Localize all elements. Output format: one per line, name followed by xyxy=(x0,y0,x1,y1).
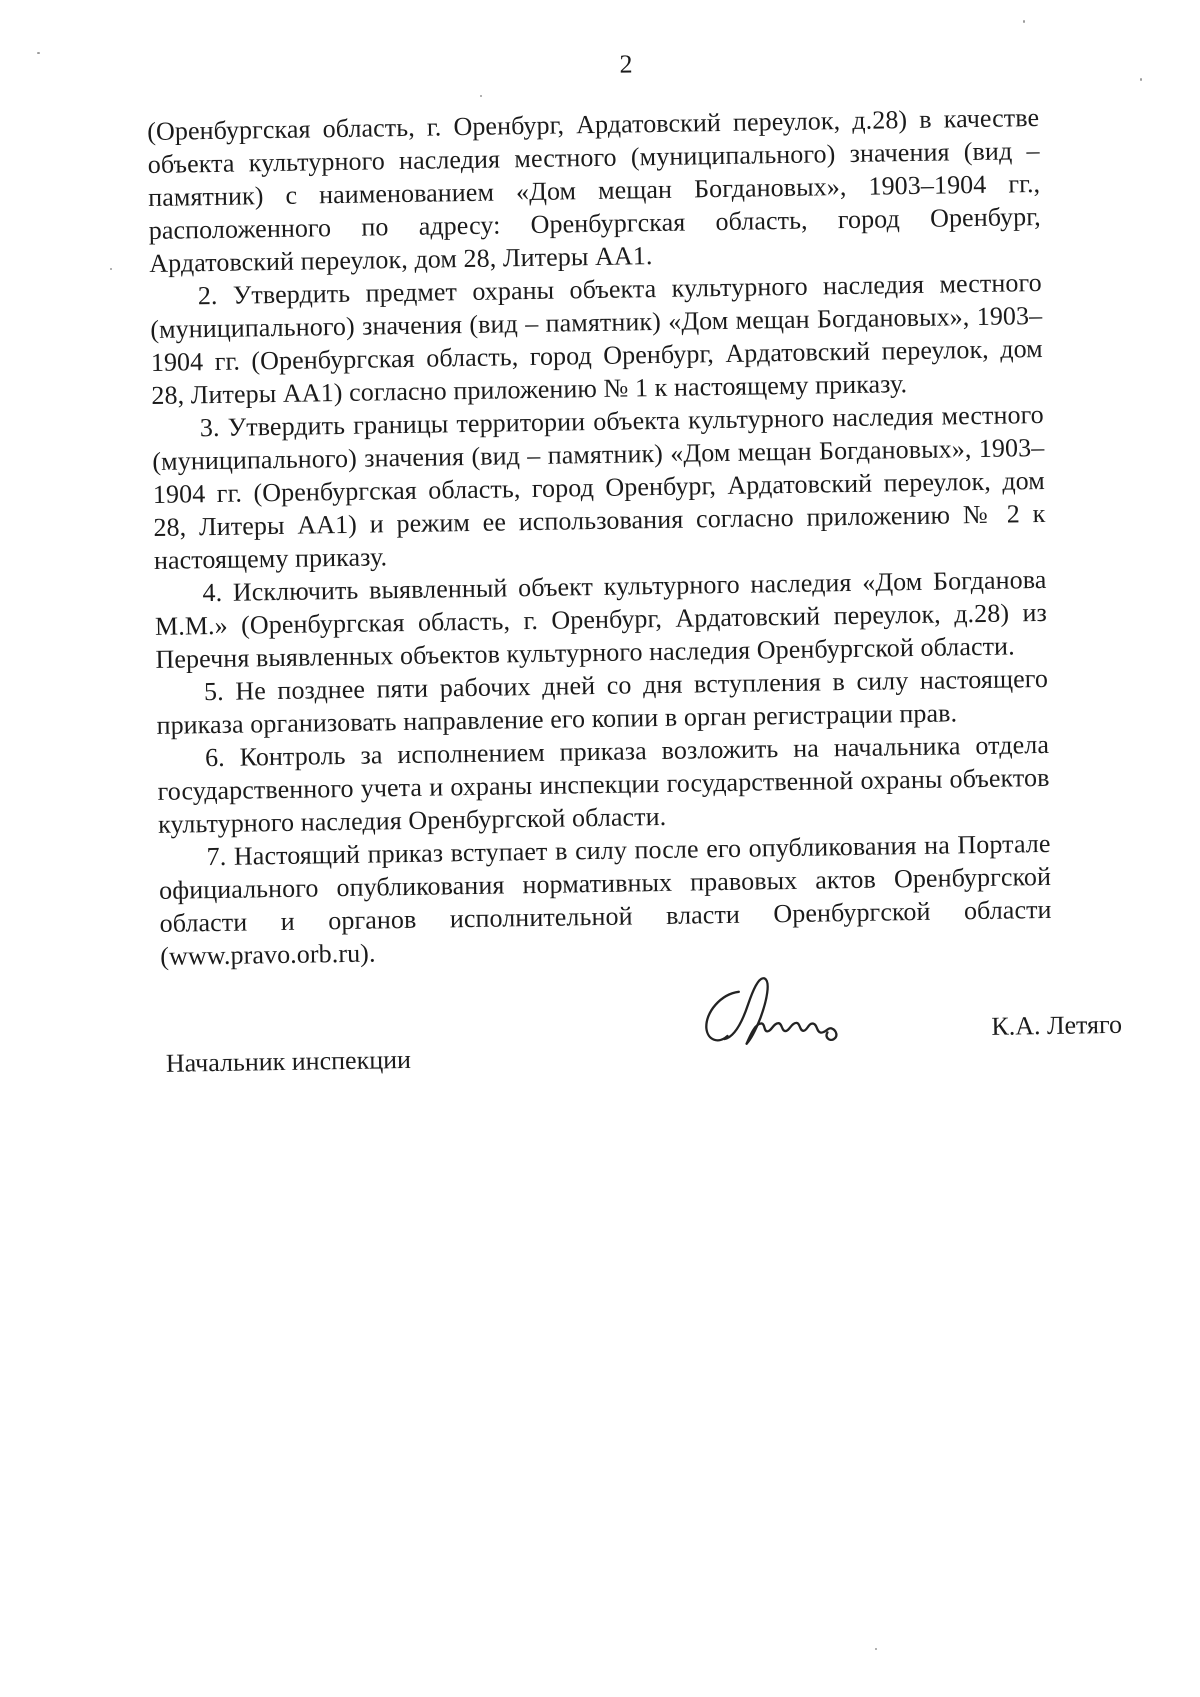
scan-speck xyxy=(875,1648,877,1650)
page-number: 2 xyxy=(180,42,1072,86)
page-content: 2 (Оренбургская область, г. Оренбург, Ар… xyxy=(146,43,1054,1093)
scan-speck xyxy=(950,292,952,294)
paragraph-continuation: (Оренбургская область, г. Оренбург, Арда… xyxy=(147,101,1041,280)
document-body: (Оренбургская область, г. Оренбург, Арда… xyxy=(147,101,1052,973)
scan-speck xyxy=(480,95,482,97)
handwritten-signature-icon xyxy=(655,972,856,1055)
signer-position-label: Начальник инспекции xyxy=(166,1045,412,1079)
paragraph-item-3: 3. Утвердить границы территории объекта … xyxy=(152,398,1046,577)
scan-speck xyxy=(37,52,40,54)
signature-block: Начальник инспекции К.А. Летяго xyxy=(162,1033,1055,1093)
paragraph-item-7: 7. Настоящий приказ вступает в силу посл… xyxy=(158,827,1052,973)
scan-speck xyxy=(1023,20,1025,23)
scan-speck xyxy=(1140,78,1142,81)
paragraph-item-2: 2. Утвердить предмет охраны объекта куль… xyxy=(150,266,1044,412)
paragraph-item-4: 4. Исключить выявленный объект культурно… xyxy=(154,563,1047,676)
scanned-document-page: 2 (Оренбургская область, г. Оренбург, Ар… xyxy=(0,0,1200,1697)
scan-speck xyxy=(755,118,757,120)
paragraph-item-6: 6. Контроль за исполнением приказа возло… xyxy=(157,728,1050,841)
scan-speck xyxy=(110,268,112,270)
signer-name: К.А. Летяго xyxy=(991,1010,1122,1042)
